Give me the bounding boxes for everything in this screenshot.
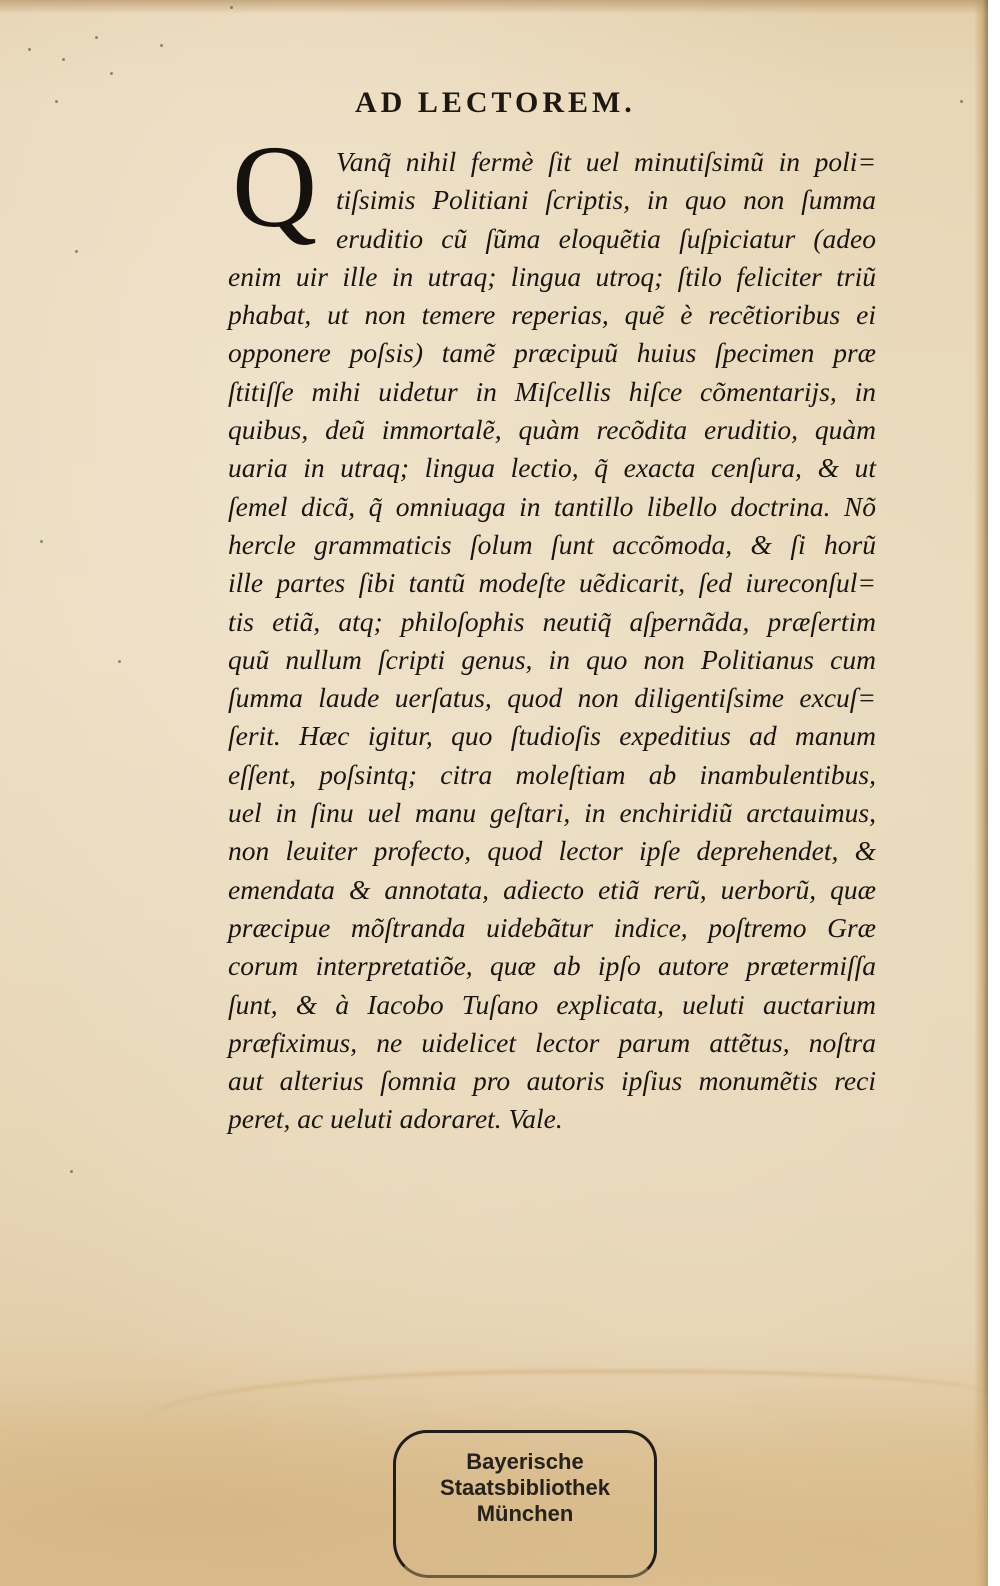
text-line: uaria in utraq; lingua lectio, q̃ exacta…: [228, 449, 876, 487]
text-line: phabat, ut non temere reperias, quẽ è re…: [228, 296, 876, 334]
page-heading: AD LECTOREM.: [355, 86, 636, 120]
text-line-closing: peret, ac ueluti adoraret. Vale.: [228, 1100, 876, 1138]
text-line: enim uir ille in utraq; lingua utroq; ſt…: [228, 258, 876, 296]
text-line: ſtitiſſe mihi uidetur in Miſcellis hiſce…: [228, 373, 876, 411]
text-line: emendata & annotata, adiecto etiã rerũ, …: [228, 871, 876, 909]
text-line: uel in ſinu uel manu geſtari, in enchiri…: [228, 794, 876, 832]
text-line: eſſent, poſsintq; citra moleſtiam ab ina…: [228, 756, 876, 794]
stamp-line-staatsbibliothek: Staatsbibliothek: [396, 1475, 654, 1501]
text-line: ille partes ſibi tantũ modeſte uẽdicarit…: [228, 564, 876, 602]
text-line: hercle grammaticis ſolum ſunt accõmoda, …: [228, 526, 876, 564]
text-line: ſumma laude uerſatus, quod non diligenti…: [228, 679, 876, 717]
text-line: Vanq̃ nihil fermè ſit uel minutiſsimũ in…: [336, 143, 876, 181]
stamp-line-muenchen: München: [396, 1501, 654, 1527]
text-line: non leuiter profecto, quod lector ipſe d…: [228, 832, 876, 870]
text-line: præcipue mõſtranda uidebãtur indice, poſ…: [228, 909, 876, 947]
text-line: ſerit. Hæc igitur, quo ſtudioſis expedit…: [228, 717, 876, 755]
page-top-edge-shadow: [0, 0, 988, 14]
text-line: præfiximus, ne uidelicet lector parum at…: [228, 1024, 876, 1062]
text-line: quũ nullum ſcripti genus, in quo non Pol…: [228, 641, 876, 679]
text-line: ſemel dicã, q̃ omniuaga in tantillo libe…: [228, 488, 876, 526]
text-line: quibus, deũ immortalẽ, quàm recõdita eru…: [228, 411, 876, 449]
text-line: aut alterius ſomnia pro autoris ipſius m…: [228, 1062, 876, 1100]
scanned-page: AD LECTOREM. Q Vanq̃ nihil fermè ſit uel…: [0, 0, 988, 1586]
text-line: tiſsimis Politiani ſcriptis, in quo non …: [336, 181, 876, 219]
text-line: ſunt, & à Iacobo Tuſano explicata, uelut…: [228, 986, 876, 1024]
text-line: eruditio cũ ſũma eloquẽtia ſuſpiciatur (…: [336, 220, 876, 258]
text-line: corum interpretatiõe, quæ ab ipſo autore…: [228, 947, 876, 985]
text-line: opponere poſsis) tamẽ præcipuũ huius ſpe…: [228, 334, 876, 372]
text-line: tis etiã, atq; philoſophis neutiq̃ aſper…: [228, 603, 876, 641]
preface-body-text: Vanq̃ nihil fermè ſit uel minutiſsimũ in…: [228, 143, 878, 1139]
stamp-line-bayerische: Bayerische: [396, 1449, 654, 1475]
library-ownership-stamp: Bayerische Staatsbibliothek München: [393, 1430, 657, 1578]
